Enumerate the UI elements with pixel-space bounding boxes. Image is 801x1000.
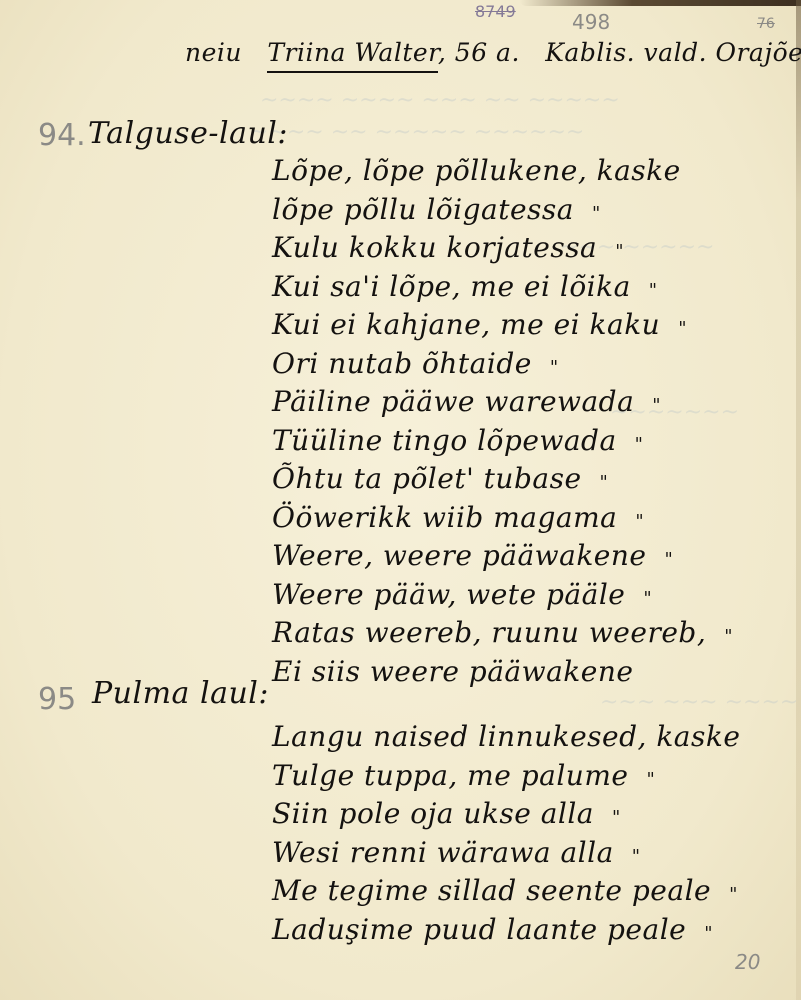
bleed-through-text: ~~~ ~~~ ~~~~ — [600, 690, 798, 715]
song-number: 95 — [38, 682, 76, 717]
verse-line: Tulge tuppa, me palume" — [272, 757, 740, 796]
verse-line: Kulu kokku korjatessa" — [272, 229, 733, 268]
manuscript-page: ~~~~ ~~~~ ~~~ ~~ ~~~~~ ~~~~ ~~ ~~~~~ ~~~… — [0, 0, 801, 1000]
page-number-bottom: 20 — [735, 950, 760, 974]
bleed-through-text: ~~~~ ~~ ~~~~~ ~~~~~~ — [250, 120, 584, 145]
verse-line: Wesi renni wärawa alla" — [272, 834, 740, 873]
verse-line: Weere, weere pääwakene" — [272, 537, 733, 576]
verse-line: Ei siis weere pääwakene — [272, 653, 733, 692]
verse-line: Ori nutab õhtaide" — [272, 345, 733, 384]
corner-mark: 76 — [757, 16, 775, 32]
bleed-through-text: ~~~~ ~~~~ ~~~ ~~ ~~~~~ — [260, 88, 620, 113]
verse-line: Siin pole oja ukse alla" — [272, 795, 740, 834]
verse-line: Õhtu ta põlet' tubase" — [272, 460, 733, 499]
archive-number-struck: 8749 — [475, 2, 516, 21]
song-verse: Lõpe, lõpe põllukene, kaske lõpe põllu l… — [272, 152, 733, 691]
informant-name: Triina Walter — [267, 38, 438, 73]
informant-age: , 56 a. — [438, 38, 520, 67]
verse-line: Ratas weereb, ruunu weereb," — [272, 614, 733, 653]
verse-line: Tüüline tingo lõpewada" — [272, 422, 733, 461]
verse-line: Laduşime puud laante peale" — [272, 911, 740, 950]
verse-line: Kui ei kahjane, me ei kaku" — [272, 306, 733, 345]
verse-line: Me tegime sillad seente peale" — [272, 872, 740, 911]
song-title: Talguse-laul: — [88, 116, 288, 151]
song-verse: Langu naised linnukesed, kaske Tulge tup… — [272, 718, 740, 949]
header-prefix: neiu — [185, 38, 242, 67]
verse-line: Päiline pääwe warewada" — [272, 383, 733, 422]
informant-location: Kablis. vald. Orajõel. — [545, 38, 801, 67]
informant-header: neiu Triina Walter, 56 a. Kablis. vald. … — [185, 38, 801, 67]
paper-top-edge — [520, 0, 801, 6]
page-number-top: 498 — [572, 10, 610, 34]
verse-line: Ööwerikk wiib magama" — [272, 499, 733, 538]
paper-right-edge — [796, 0, 801, 1000]
verse-line: Weere pääw, wete pääle" — [272, 576, 733, 615]
verse-line: lõpe põllu lõigatessa" — [272, 191, 733, 230]
verse-line: Lõpe, lõpe põllukene, kaske — [272, 152, 733, 191]
verse-line: Kui sa'i lõpe, me ei lõika" — [272, 268, 733, 307]
song-number: 94. — [38, 118, 86, 153]
verse-line: Langu naised linnukesed, kaske — [272, 718, 740, 757]
song-title: Pulma laul: — [92, 676, 269, 711]
